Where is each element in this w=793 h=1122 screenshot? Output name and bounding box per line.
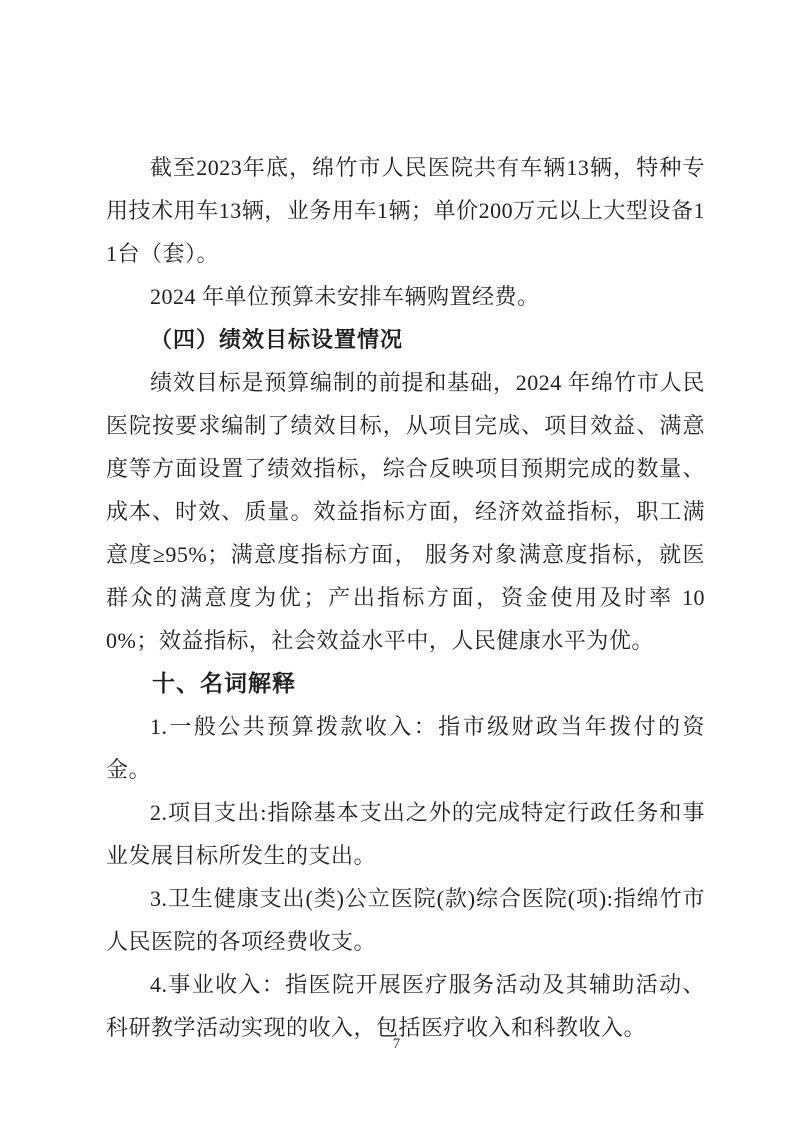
glossary-item-2: 2.项目支出:指除基本支出之外的完成特定行政任务和事业发展目标所发生的支出。 <box>106 791 705 877</box>
page-number: 7 <box>0 1036 793 1053</box>
paragraph-vehicles-equipment: 截至2023年底，绵竹市人民医院共有车辆13辆，特种专用技术用车13辆，业务用车… <box>106 146 705 275</box>
heading-glossary: 十、名词解释 <box>106 662 705 705</box>
paragraph-2024-vehicle-budget: 2024 年单位预算未安排车辆购置经费。 <box>106 275 705 318</box>
heading-performance-goals: （四）绩效目标设置情况 <box>106 318 705 361</box>
document-page: 截至2023年底，绵竹市人民医院共有车辆13辆，特种专用技术用车13辆，业务用车… <box>0 0 793 1122</box>
glossary-item-1: 1.一般公共预算拨款收入：指市级财政当年拨付的资金。 <box>106 705 705 791</box>
glossary-item-3: 3.卫生健康支出(类)公立医院(款)综合医院(项):指绵竹市人民医院的各项经费收… <box>106 877 705 963</box>
paragraph-performance-goals-detail: 绩效目标是预算编制的前提和基础，2024 年绵竹市人民医院按要求编制了绩效目标，… <box>106 361 705 662</box>
document-body: 截至2023年底，绵竹市人民医院共有车辆13辆，特种专用技术用车13辆，业务用车… <box>106 146 705 1049</box>
